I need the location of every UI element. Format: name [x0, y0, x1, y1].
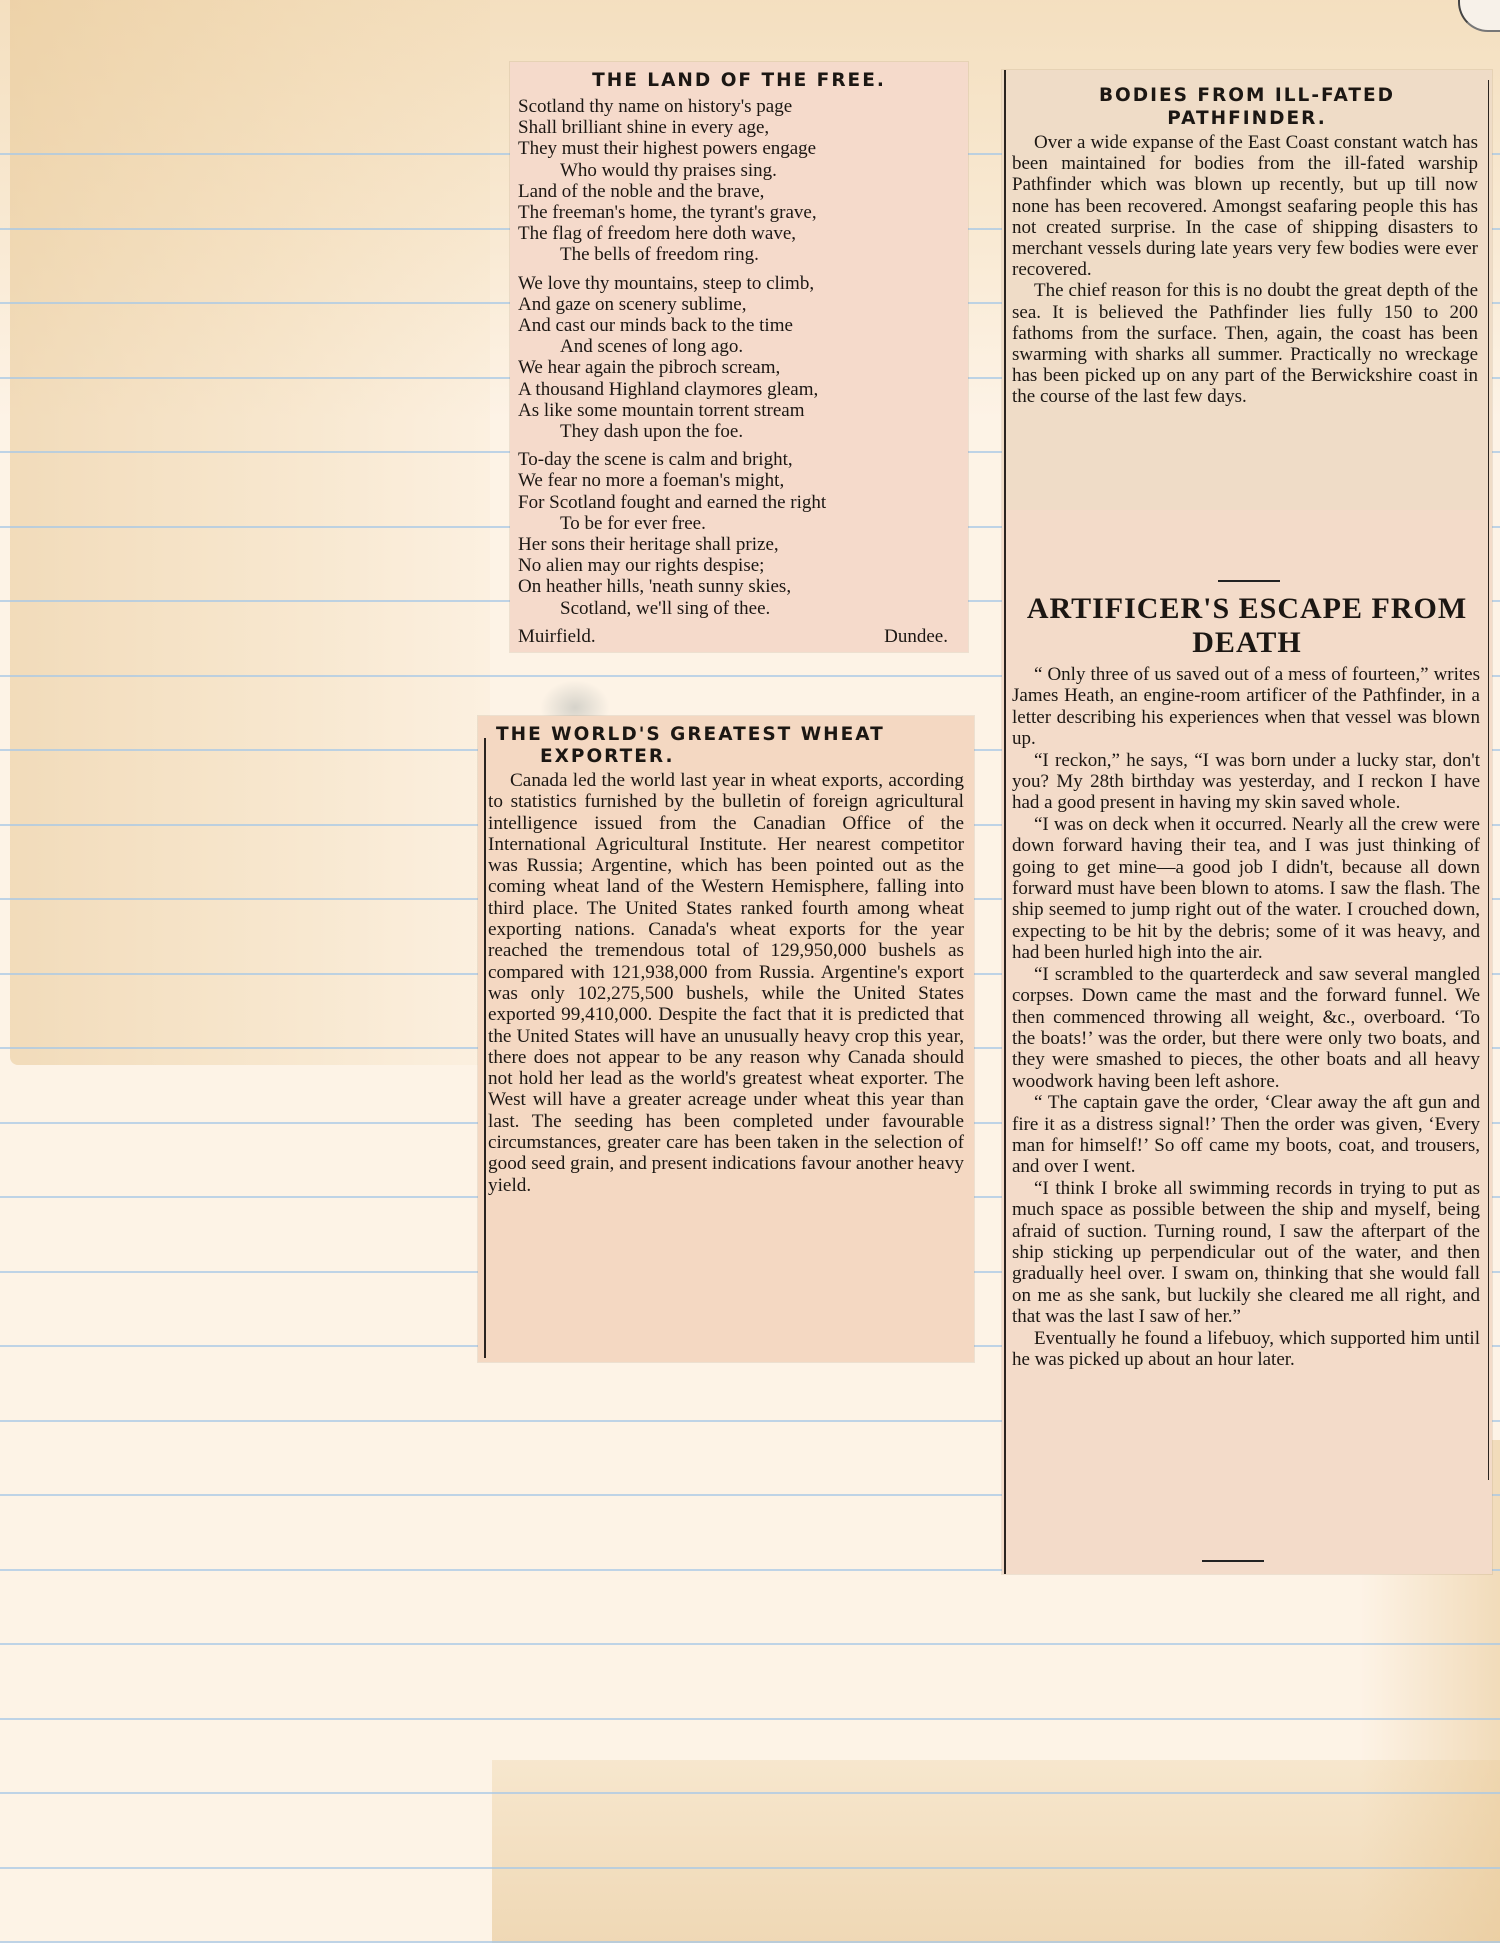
poem-line: The bells of freedom ring. [518, 244, 962, 265]
poem-signature: Muirfield. Dundee. [518, 626, 962, 647]
escape-title-line2: DEATH [1008, 626, 1486, 660]
poem-line: No alien may our rights despise; [518, 555, 962, 576]
bodies-paragraph: The chief reason for this is no doubt th… [1012, 280, 1478, 407]
poem-line: And cast our minds back to the time [518, 315, 962, 336]
column-rule-wheat [484, 738, 486, 1358]
poem-line: For Scotland fought and earned the right [518, 492, 962, 513]
clipping-wheat-exporter: THE WORLD'S GREATEST WHEAT EXPORTER. Can… [478, 716, 974, 1362]
escape-title: ARTIFICER'S ESCAPE FROM DEATH [1008, 592, 1486, 660]
poem-signature-place: Muirfield. [518, 626, 596, 647]
poem-signature-city: Dundee. [884, 626, 948, 647]
bodies-body: Over a wide expanse of the East Coast co… [1012, 132, 1478, 408]
wheat-title-line1: THE WORLD'S GREATEST WHEAT [496, 724, 885, 746]
column-rule-left [1004, 70, 1006, 1574]
poem-line: They must their highest powers engage [518, 138, 962, 159]
poem-stanza: We love thy mountains, steep to climb,An… [518, 273, 962, 443]
escape-paragraph: “I was on deck when it occurred. Nearly … [1012, 814, 1480, 964]
poem-line: To be for ever free. [518, 513, 962, 534]
poem-line: We fear no more a foeman's might, [518, 470, 962, 491]
poem-line: And gaze on scenery sublime, [518, 294, 962, 315]
poem-line: As like some mountain torrent stream [518, 400, 962, 421]
poem-line: And scenes of long ago. [518, 336, 962, 357]
poem-line: They dash upon the foe. [518, 421, 962, 442]
paper-stain-bottom [492, 1760, 1500, 1943]
wheat-title: THE WORLD'S GREATEST WHEAT EXPORTER. [496, 724, 885, 768]
poem-line: The flag of freedom here doth wave, [518, 223, 962, 244]
end-divider [1202, 1560, 1264, 1562]
poem-line: Shall brilliant shine in every age, [518, 117, 962, 138]
escape-paragraph: “I scrambled to the quarterdeck and saw … [1012, 964, 1480, 1092]
clipping-poem: THE LAND OF THE FREE. Scotland thy name … [510, 62, 968, 652]
poem-line: We love thy mountains, steep to climb, [518, 273, 962, 294]
bodies-title: BODIES FROM ILL-FATED PATHFINDER. [1002, 84, 1492, 130]
paper-stain-left [10, 0, 490, 1065]
poem-stanza: Scotland thy name on history's pageShall… [518, 96, 962, 266]
ruled-line [0, 1792, 1500, 1794]
wheat-title-line2: EXPORTER. [496, 746, 885, 768]
bodies-title-line2: PATHFINDER. [1002, 107, 1492, 130]
escape-paragraph: “ The captain gave the order, ‘Clear awa… [1012, 1092, 1480, 1178]
poem-line: Land of the noble and the brave, [518, 181, 962, 202]
escape-paragraph: “I reckon,” he says, “I was born under a… [1012, 750, 1480, 814]
column-rule-right [1488, 80, 1489, 1480]
poem-line: Who would thy praises sing. [518, 160, 962, 181]
poem-body: Scotland thy name on history's pageShall… [518, 96, 962, 647]
poem-line: On heather hills, 'neath sunny skies, [518, 576, 962, 597]
poem-line: The freeman's home, the tyrant's grave, [518, 202, 962, 223]
escape-paragraph: “I think I broke all swimming records in… [1012, 1178, 1480, 1328]
poem-line: Scotland thy name on history's page [518, 96, 962, 117]
poem-line: A thousand Highland claymores gleam, [518, 379, 962, 400]
bodies-paragraph: Over a wide expanse of the East Coast co… [1012, 132, 1478, 280]
poem-line: To-day the scene is calm and bright, [518, 449, 962, 470]
ruled-line [0, 1643, 1500, 1645]
escape-title-line1: ARTIFICER'S ESCAPE FROM [1008, 592, 1486, 626]
clipping-pathfinder: BODIES FROM ILL-FATED PATHFINDER. Over a… [1002, 70, 1492, 1574]
wheat-body: Canada led the world last year in wheat … [488, 770, 964, 1196]
poem-stanza: To-day the scene is calm and bright,We f… [518, 449, 962, 619]
escape-paragraph: “ Only three of us saved out of a mess o… [1012, 664, 1480, 750]
poem-line: We hear again the pibroch scream, [518, 357, 962, 378]
bodies-title-line1: BODIES FROM ILL-FATED [1002, 84, 1492, 107]
section-divider [1218, 580, 1280, 582]
poem-line: Her sons their heritage shall prize, [518, 534, 962, 555]
escape-paragraph: Eventually he found a lifebuoy, which su… [1012, 1328, 1480, 1371]
poem-title: THE LAND OF THE FREE. [510, 70, 968, 91]
escape-body: “ Only three of us saved out of a mess o… [1012, 664, 1480, 1370]
ruled-line [0, 1718, 1500, 1720]
poem-stanzas: Scotland thy name on history's pageShall… [518, 96, 962, 619]
ruled-line [0, 1867, 1500, 1869]
poem-line: Scotland, we'll sing of thee. [518, 598, 962, 619]
